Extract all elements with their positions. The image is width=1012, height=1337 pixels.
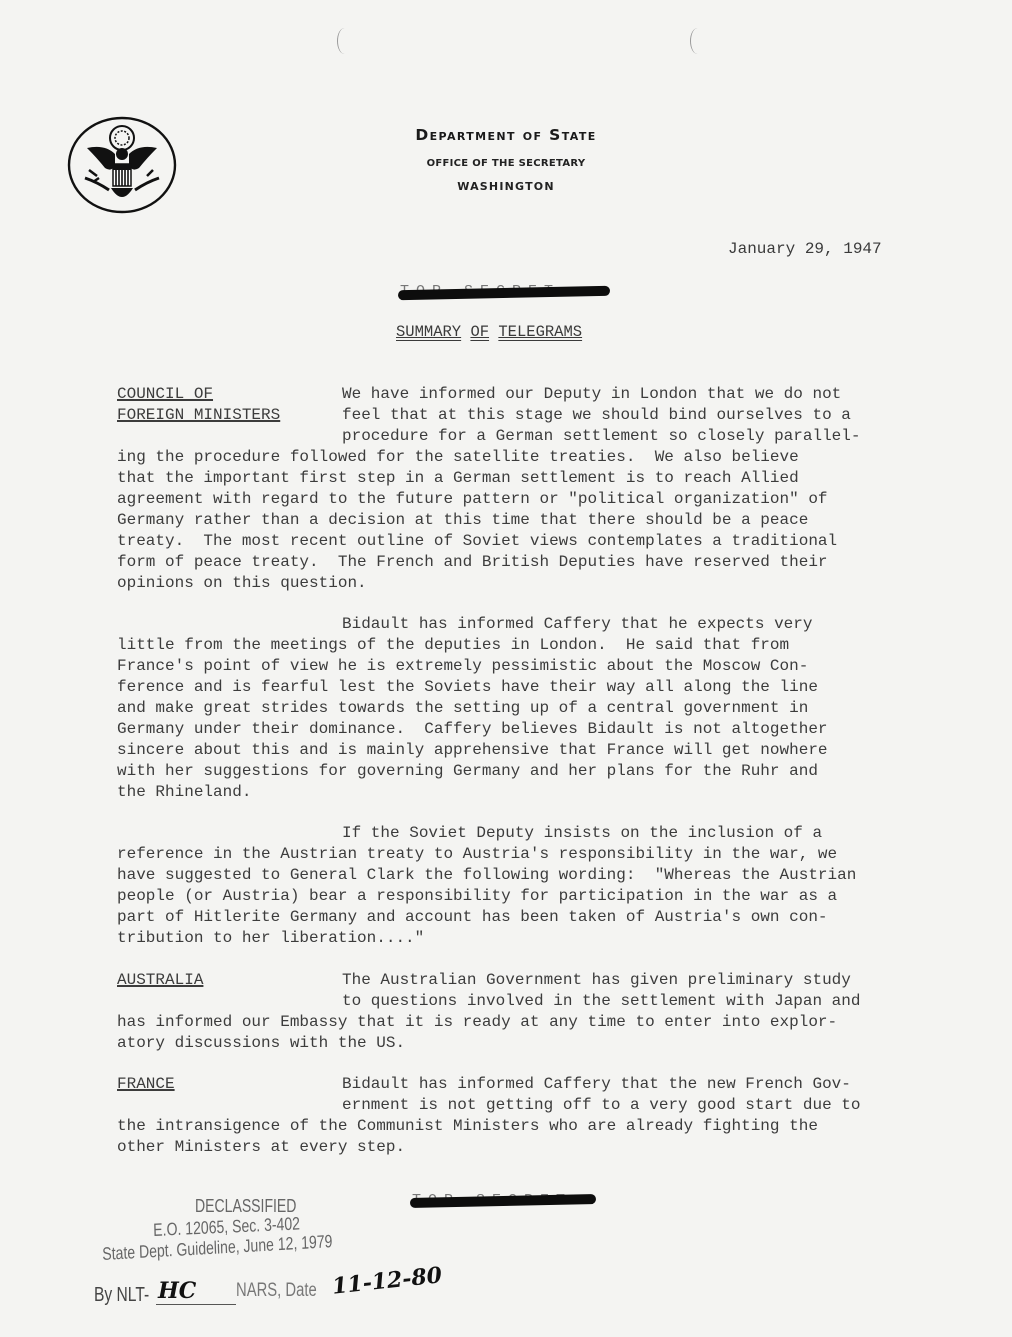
paragraph-line: France's point of view he is extremely p… xyxy=(117,656,808,677)
document-title: SUMMARY OF TELEGRAMS xyxy=(396,323,582,341)
paragraph-line: form of peace treaty. The French and Bri… xyxy=(117,552,828,573)
title-word: TELEGRAMS xyxy=(498,323,582,341)
paragraph-line: ernment is not getting off to a very goo… xyxy=(342,1095,860,1116)
paragraph-line: Bidault has informed Caffery that he exp… xyxy=(342,614,812,635)
paragraph-line: tribution to her liberation...." xyxy=(117,928,424,949)
punch-hole-mark xyxy=(337,28,352,54)
paragraph-line: and make great strides towards the setti… xyxy=(117,698,808,719)
paragraph-line: The Australian Government has given prel… xyxy=(342,970,851,991)
letterhead-department: Department of State xyxy=(380,126,632,144)
section-label-cfm-line2: FOREIGN MINISTERS xyxy=(117,405,280,426)
letterhead-department-text: Department of State xyxy=(415,126,596,144)
paragraph-line: Germany rather than a decision at this t… xyxy=(117,510,808,531)
declassified-stamp-line4: By NLT- HC NARS, Date 11-12-80 xyxy=(94,1280,514,1310)
paragraph-line: agreement with regard to the future patt… xyxy=(117,489,828,510)
paragraph-line: reference in the Austrian treaty to Aust… xyxy=(117,844,837,865)
section-label-cfm-line1: COUNCIL OF xyxy=(117,384,213,405)
paragraph-line: has informed our Embassy that it is read… xyxy=(117,1012,837,1033)
handwritten-date: 11-12-80 xyxy=(331,1262,443,1299)
stamp-nars-label: NARS, Date xyxy=(236,1280,317,1302)
document-date: January 29, 1947 xyxy=(728,240,882,258)
paragraph-line: the intransigence of the Communist Minis… xyxy=(117,1116,818,1137)
stamp-by-prefix: By NLT- xyxy=(94,1284,149,1307)
punch-hole-mark xyxy=(690,28,705,54)
paragraph-line: the Rhineland. xyxy=(117,782,251,803)
section-label-australia: AUSTRALIA xyxy=(117,970,203,991)
paragraph-line: treaty. The most recent outline of Sovie… xyxy=(117,531,837,552)
handwritten-initials: HC xyxy=(158,1278,196,1304)
paragraph-line: ference and is fearful lest the Soviets … xyxy=(117,677,818,698)
paragraph-line: sincere about this and is mainly apprehe… xyxy=(117,740,828,761)
paragraph-line: part of Hitlerite Germany and account ha… xyxy=(117,907,828,928)
signature-line xyxy=(156,1304,236,1305)
paragraph-line: Bidault has informed Caffery that the ne… xyxy=(342,1074,851,1095)
paragraph-line: If the Soviet Deputy insists on the incl… xyxy=(342,823,822,844)
paragraph-line: to questions involved in the settlement … xyxy=(342,991,860,1012)
paragraph-line: that the important first step in a Germa… xyxy=(117,468,799,489)
paragraph-line: have suggested to General Clark the foll… xyxy=(117,865,856,886)
paragraph-line: procedure for a German settlement so clo… xyxy=(342,426,860,447)
title-word: SUMMARY xyxy=(396,323,461,341)
letterhead-city: WASHINGTON xyxy=(380,180,632,193)
paragraph-line: ing the procedure followed for the satel… xyxy=(117,447,799,468)
paragraph-line: other Ministers at every step. xyxy=(117,1137,405,1158)
paragraph-line: atory discussions with the US. xyxy=(117,1033,405,1054)
title-word: OF xyxy=(470,323,489,341)
great-seal-eagle-icon xyxy=(67,116,177,214)
section-label-france: FRANCE xyxy=(117,1074,175,1095)
letterhead-office: OFFICE OF THE SECRETARY xyxy=(380,158,632,169)
paragraph-line: people (or Austria) bear a responsibilit… xyxy=(117,886,837,907)
paragraph-line: Germany under their dominance. Caffery b… xyxy=(117,719,828,740)
paragraph-line: feel that at this stage we should bind o… xyxy=(342,405,851,426)
paragraph-line: opinions on this question. xyxy=(117,573,367,594)
paragraph-line: little from the meetings of the deputies… xyxy=(117,635,789,656)
paragraph-line: with her suggestions for governing Germa… xyxy=(117,761,818,782)
paragraph-line: We have informed our Deputy in London th… xyxy=(342,384,841,405)
